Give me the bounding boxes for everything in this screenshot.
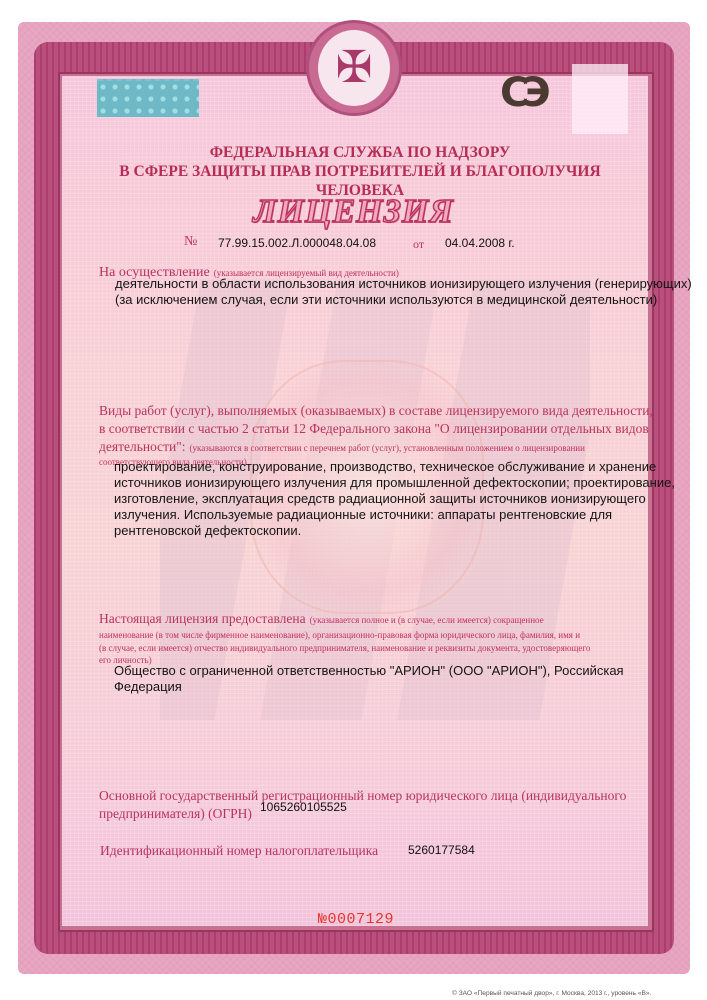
works-line: источников ионизирующего излучения для п…: [114, 475, 675, 491]
activity-line: деятельности в области использования ист…: [115, 276, 692, 292]
works-line: проектирование, конструирование, произво…: [114, 459, 675, 475]
hologram-icon: [97, 79, 199, 117]
agency-line-1: ФЕДЕРАЛЬНАЯ СЛУЖБА ПО НАДЗОРУ: [80, 143, 640, 162]
licensee-line: Общество с ограниченной ответственностью…: [114, 663, 624, 679]
licensee-text: Общество с ограниченной ответственностью…: [114, 663, 624, 695]
activity-line: (за исключением случая, если эти источни…: [115, 292, 692, 308]
certification-mark-icon: СЭ: [500, 73, 560, 113]
inn-label: Идентификационный номер налогоплательщик…: [100, 843, 378, 859]
license-number: 77.99.15.002.Л.000048.04.08: [218, 236, 376, 250]
works-line: изготовление, эксплуатация средств радиа…: [114, 491, 675, 507]
activity-text: деятельности в области использования ист…: [115, 276, 692, 308]
double-headed-eagle-icon: ✠: [318, 30, 390, 106]
ogrn-value: 1065260105525: [260, 800, 347, 814]
inn-value: 5260177584: [408, 843, 475, 857]
issuing-agency: ФЕДЕРАЛЬНАЯ СЛУЖБА ПО НАДЗОРУ В СФЕРЕ ЗА…: [80, 143, 640, 200]
ogrn-label: Основной государственный регистрационный…: [99, 787, 639, 823]
licensee-line: Федерация: [114, 679, 624, 695]
works-label: Виды работ (услуг), выполняемых (оказыва…: [99, 402, 629, 467]
works-text: проектирование, конструирование, произво…: [114, 459, 675, 539]
printer-note: © ЗАО «Первый печатный двор», г. Москва,…: [452, 990, 651, 997]
licensee-label: Настоящая лицензия предоставлена (указыв…: [99, 610, 629, 665]
license-date: 04.04.2008 г.: [445, 236, 515, 250]
form-serial-number: №0007129: [318, 911, 394, 928]
number-label: №: [184, 234, 197, 250]
document-title: ЛИЦЕНЗИЯ: [0, 193, 707, 231]
date-label: от: [413, 237, 424, 252]
works-line: излучения. Используемые радиационные ист…: [114, 507, 675, 523]
works-line: рентгеновской дефектоскопии.: [114, 523, 675, 539]
security-patch: [572, 64, 628, 134]
